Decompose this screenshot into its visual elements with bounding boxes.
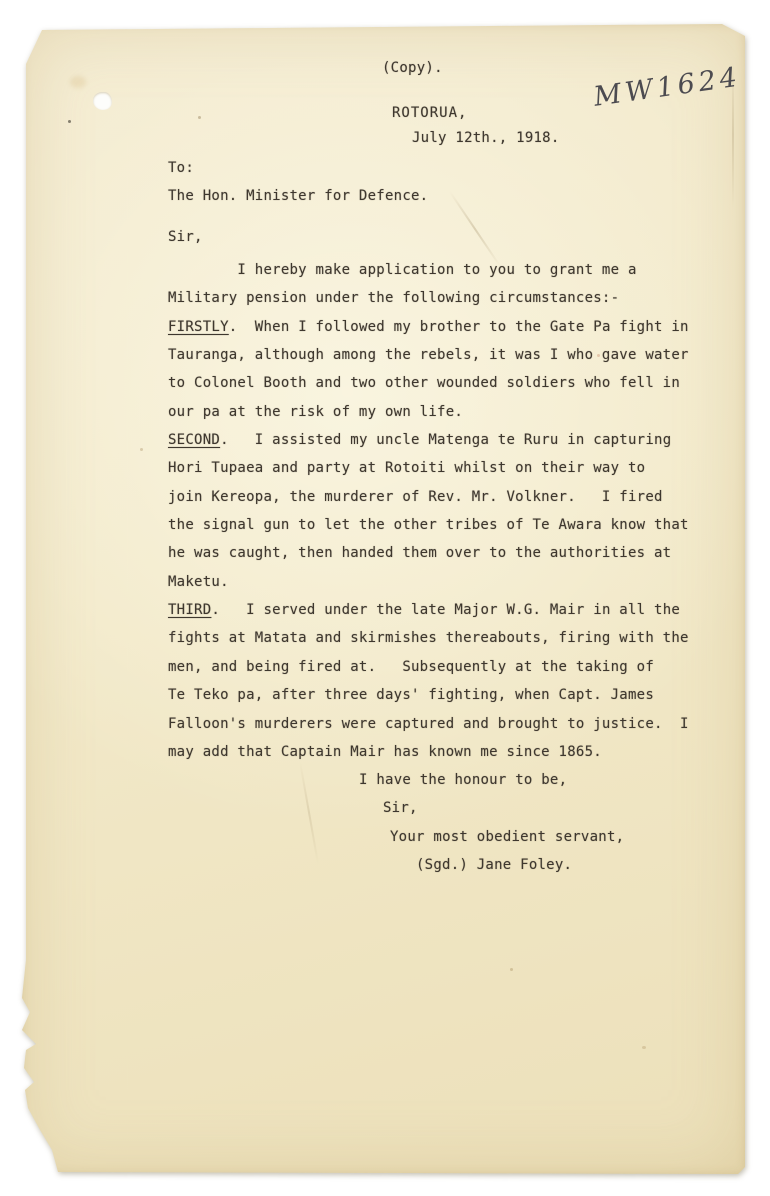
date-line: July 12th., 1918. [412,130,560,146]
paper-crease [299,761,319,865]
letter-closing: I have the honour to be,Sir,Your most ob… [359,766,679,879]
closing-line: Your most obedient servant, [390,823,679,851]
paper-speck [642,1046,646,1049]
letter-paper: (Copy). ROTORUA, July 12th., 1918. MW162… [22,24,745,1174]
letter-body: I hereby make application to you to gran… [168,256,728,766]
underlined-lead-word: SECOND [168,432,220,448]
letter-line: SECOND. I assisted my uncle Matenga te R… [168,426,728,454]
to-label: To: [168,160,194,176]
scanned-letter-image: (Copy). ROTORUA, July 12th., 1918. MW162… [0,0,770,1196]
letter-line: may add that Captain Mair has known me s… [168,738,728,766]
place-line: ROTORUA, [392,105,467,121]
paper-stain [70,76,86,88]
letter-line: the signal gun to let the other tribes o… [168,511,728,539]
letter-line: Military pension under the following cir… [168,284,728,312]
copy-label: (Copy). [382,60,443,76]
salutation-line: Sir, [168,229,203,245]
letter-line: Hori Tupaea and party at Rotoiti whilst … [168,454,728,482]
paper-speck [198,116,201,119]
letter-line: our pa at the risk of my own life. [168,398,728,426]
closing-line: I have the honour to be, [359,766,679,794]
letter-line: I hereby make application to you to gran… [168,256,728,284]
handwritten-reference-number: MW1624 [592,62,743,113]
paper-speck [510,968,513,971]
letter-line: FIRSTLY. When I followed my brother to t… [168,313,728,341]
letter-line: fights at Matata and skirmishes thereabo… [168,624,728,652]
punch-hole-icon [93,92,112,110]
letter-line: he was caught, then handed them over to … [168,539,728,567]
letter-line: Falloon's murderers were captured and br… [168,710,728,738]
closing-line: Sir, [383,794,679,822]
letter-line: Maketu. [168,568,728,596]
underlined-lead-word: FIRSTLY [168,319,229,335]
paper-speck [140,448,143,451]
letter-line: men, and being fired at. Subsequently at… [168,653,728,681]
paper-speck [68,120,71,123]
closing-line: (Sgd.) Jane Foley. [416,851,679,879]
letter-line: Te Teko pa, after three days' fighting, … [168,681,728,709]
recipient-line: The Hon. Minister for Defence. [168,188,428,204]
letter-line: Tauranga, although among the rebels, it … [168,341,728,369]
letter-line: to Colonel Booth and two other wounded s… [168,369,728,397]
letter-line: join Kereopa, the murderer of Rev. Mr. V… [168,483,728,511]
underlined-lead-word: THIRD [168,602,211,618]
letter-line: THIRD. I served under the late Major W.G… [168,596,728,624]
